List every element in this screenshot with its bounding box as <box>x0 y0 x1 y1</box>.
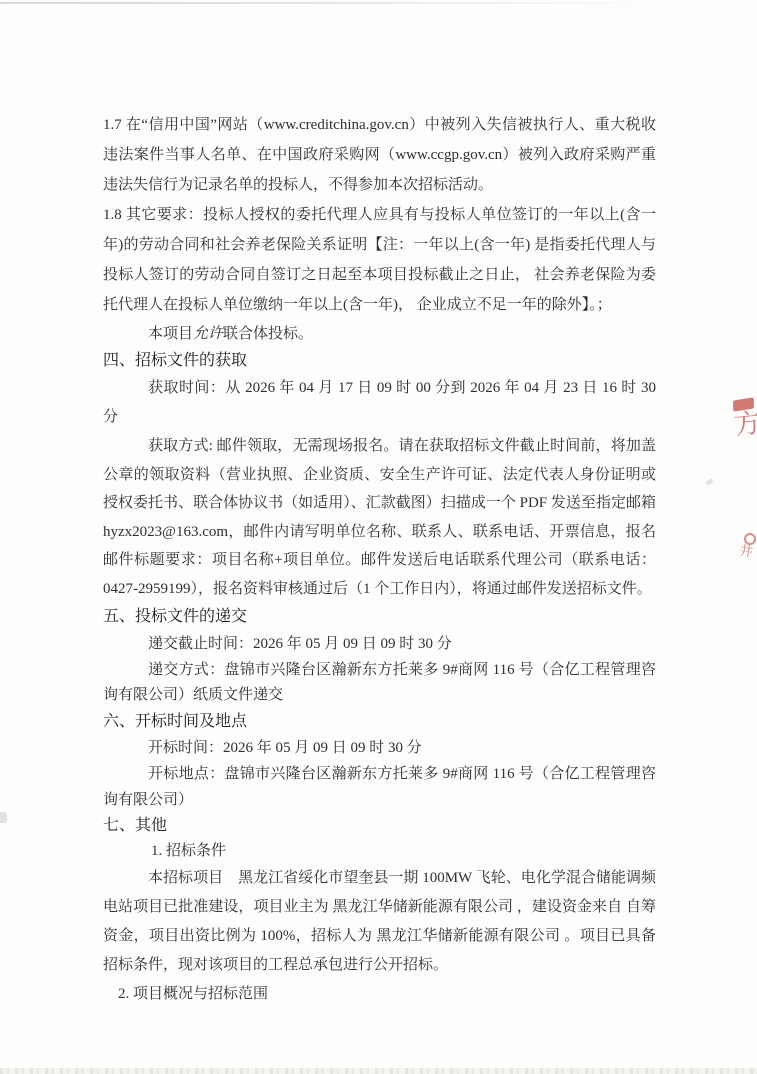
section-7-item-1: 1. 招标条件 <box>103 839 656 864</box>
clause-1-7: 1.7 在“信用中国”网站（www.creditchina.gov.cn）中被列… <box>103 110 656 200</box>
section-6-opening-time: 开标时间：2026 年 05 月 09 日 09 时 30 分 <box>103 735 656 761</box>
section-7-heading: 七、其他 <box>103 813 656 839</box>
section-4-heading: 四、招标文件的获取 <box>103 348 656 374</box>
consortium-prefix: 本项目 <box>148 326 193 342</box>
document-content: 1.7 在“信用中国”网站（www.creditchina.gov.cn）中被列… <box>0 0 757 1008</box>
section-6-opening-place: 开标地点：盘锦市兴隆台区瀚新东方托莱多 9#商网 116 号（合亿工程管理咨询有… <box>103 761 656 813</box>
section-4-obtain-time: 获取时间：从 2026 年 04 月 17 日 09 时 00 分到 2026 … <box>103 374 656 432</box>
section-7-bidding-conditions: 本招标项目 黑龙江省绥化市望奎县一期 100MW 飞轮、电化学混合储能调频电站项… <box>103 864 656 980</box>
consortium-emphasis: 允许 <box>193 326 223 342</box>
scanned-document-page: 1.7 在“信用中国”网站（www.creditchina.gov.cn）中被列… <box>0 0 757 1074</box>
section-7-item-2: 2. 项目概况与招标范围 <box>103 980 656 1008</box>
section-5-submission-deadline: 递交截止时间：2026 年 05 月 09 日 09 时 30 分 <box>103 630 656 658</box>
section-6-heading: 六、开标时间及地点 <box>103 709 656 735</box>
section-4-obtain-method: 获取方式: 邮件领取，无需现场报名。请在获取招标文件截止时间前，将加盖公章的领取… <box>103 432 656 604</box>
scan-edge-bottom <box>0 1068 757 1074</box>
consortium-suffix: 联合体投标。 <box>223 326 313 342</box>
consortium-statement: 本项目允许联合体投标。 <box>103 320 656 348</box>
section-5-heading: 五、投标文件的递交 <box>103 604 656 630</box>
scan-speck-left <box>0 812 7 823</box>
section-5-submission-method: 递交方式：盘锦市兴隆台区瀚新东方托莱多 9#商网 116 号（合亿工程管理咨询有… <box>103 658 656 709</box>
clause-1-8: 1.8 其它要求：投标人授权的委托代理人应具有与投标人单位签订的一年以上(含一年… <box>103 200 656 320</box>
